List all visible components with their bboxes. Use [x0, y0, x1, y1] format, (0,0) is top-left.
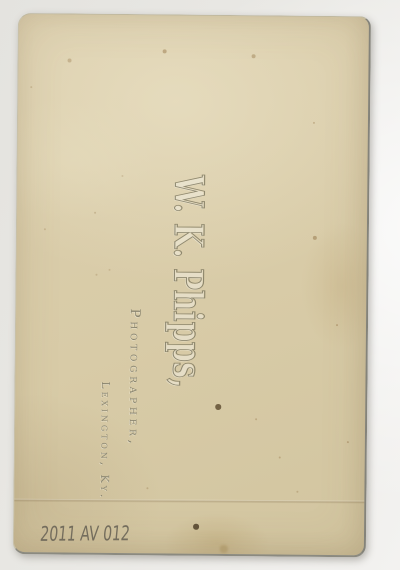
cabinet-card-back: W. K. Phipps, Photographer, Lexington, K… [13, 13, 371, 557]
crease-line [14, 499, 364, 504]
photographer-title: Photographer, [126, 309, 141, 448]
photographer-imprint: W. K. Phipps, Photographer, Lexington, K… [19, 14, 369, 17]
photographer-name: W. K. Phipps, [166, 175, 208, 388]
foxing-speckles [19, 14, 21, 16]
accession-number: 2011 AV 012 [39, 523, 131, 547]
studio-location: Lexington, Ky. [99, 381, 111, 500]
photo-background: W. K. Phipps, Photographer, Lexington, K… [0, 0, 400, 570]
